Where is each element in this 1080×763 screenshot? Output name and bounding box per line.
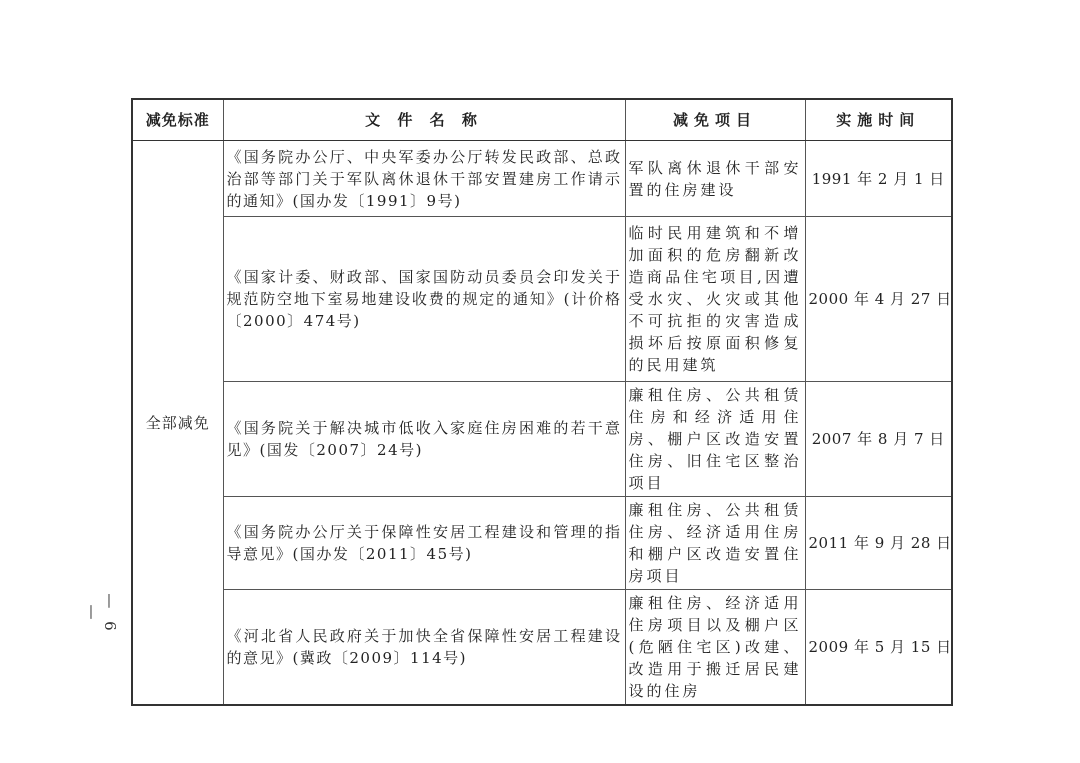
document-name-cell: 《国务院关于解决城市低收入家庭住房困难的若干意见》(国发〔2007〕24号)	[223, 382, 625, 497]
items-cell: 临时民用建筑和不增加面积的危房翻新改造商品住宅项目,因遭受水灾、火灾或其他不可抗…	[625, 217, 805, 382]
date-cell: 2007 年 8 月 7 日	[805, 382, 952, 497]
table-row: 《国家计委、财政部、国家国防动员委员会印发关于规范防空地下室易地建设收费的规定的…	[132, 217, 952, 382]
document-name-cell: 《国家计委、财政部、国家国防动员委员会印发关于规范防空地下室易地建设收费的规定的…	[223, 217, 625, 382]
document-name-cell: 《国务院办公厅、中央军委办公厅转发民政部、总政治部等部门关于军队离休退休干部安置…	[223, 141, 625, 217]
group-label: 全部减免	[132, 141, 223, 706]
date-cell: 2000 年 4 月 27 日	[805, 217, 952, 382]
table-row: 《河北省人民政府关于加快全省保障性安居工程建设的意见》(冀政〔2009〕114号…	[132, 590, 952, 706]
table-header-row: 减免标准 文 件 名 称 减免项目 实施时间	[132, 99, 952, 141]
items-cell: 廉租住房、公共租赁住房、经济适用住房和棚户区改造安置住房项目	[625, 497, 805, 590]
date-cell: 1991 年 2 月 1 日	[805, 141, 952, 217]
header-standard: 减免标准	[132, 99, 223, 141]
table-row: 《国务院关于解决城市低收入家庭住房困难的若干意见》(国发〔2007〕24号) 廉…	[132, 382, 952, 497]
date-cell: 2009 年 5 月 15 日	[805, 590, 952, 706]
header-document-name: 文 件 名 称	[223, 99, 625, 141]
fee-exemption-table: 减免标准 文 件 名 称 减免项目 实施时间 全部减免 《国务院办公厅、中央军委…	[131, 98, 953, 706]
header-date: 实施时间	[805, 99, 952, 141]
items-cell: 军队离休退休干部安置的住房建设	[625, 141, 805, 217]
items-cell: 廉租住房、公共租赁住房和经济适用住房、棚户区改造安置住房、旧住宅区整治项目	[625, 382, 805, 497]
items-cell: 廉租住房、经济适用住房项目以及棚户区(危陋住宅区)改建、改造用于搬迁居民建设的住…	[625, 590, 805, 706]
table-row: 全部减免 《国务院办公厅、中央军委办公厅转发民政部、总政治部等部门关于军队离休退…	[132, 141, 952, 217]
table-row: 《国务院办公厅关于保障性安居工程建设和管理的指导意见》(国办发〔2011〕45号…	[132, 497, 952, 590]
page-number: — 6 —	[99, 589, 119, 639]
date-cell: 2011 年 9 月 28 日	[805, 497, 952, 590]
document-name-cell: 《河北省人民政府关于加快全省保障性安居工程建设的意见》(冀政〔2009〕114号…	[223, 590, 625, 706]
document-name-cell: 《国务院办公厅关于保障性安居工程建设和管理的指导意见》(国办发〔2011〕45号…	[223, 497, 625, 590]
header-items: 减免项目	[625, 99, 805, 141]
